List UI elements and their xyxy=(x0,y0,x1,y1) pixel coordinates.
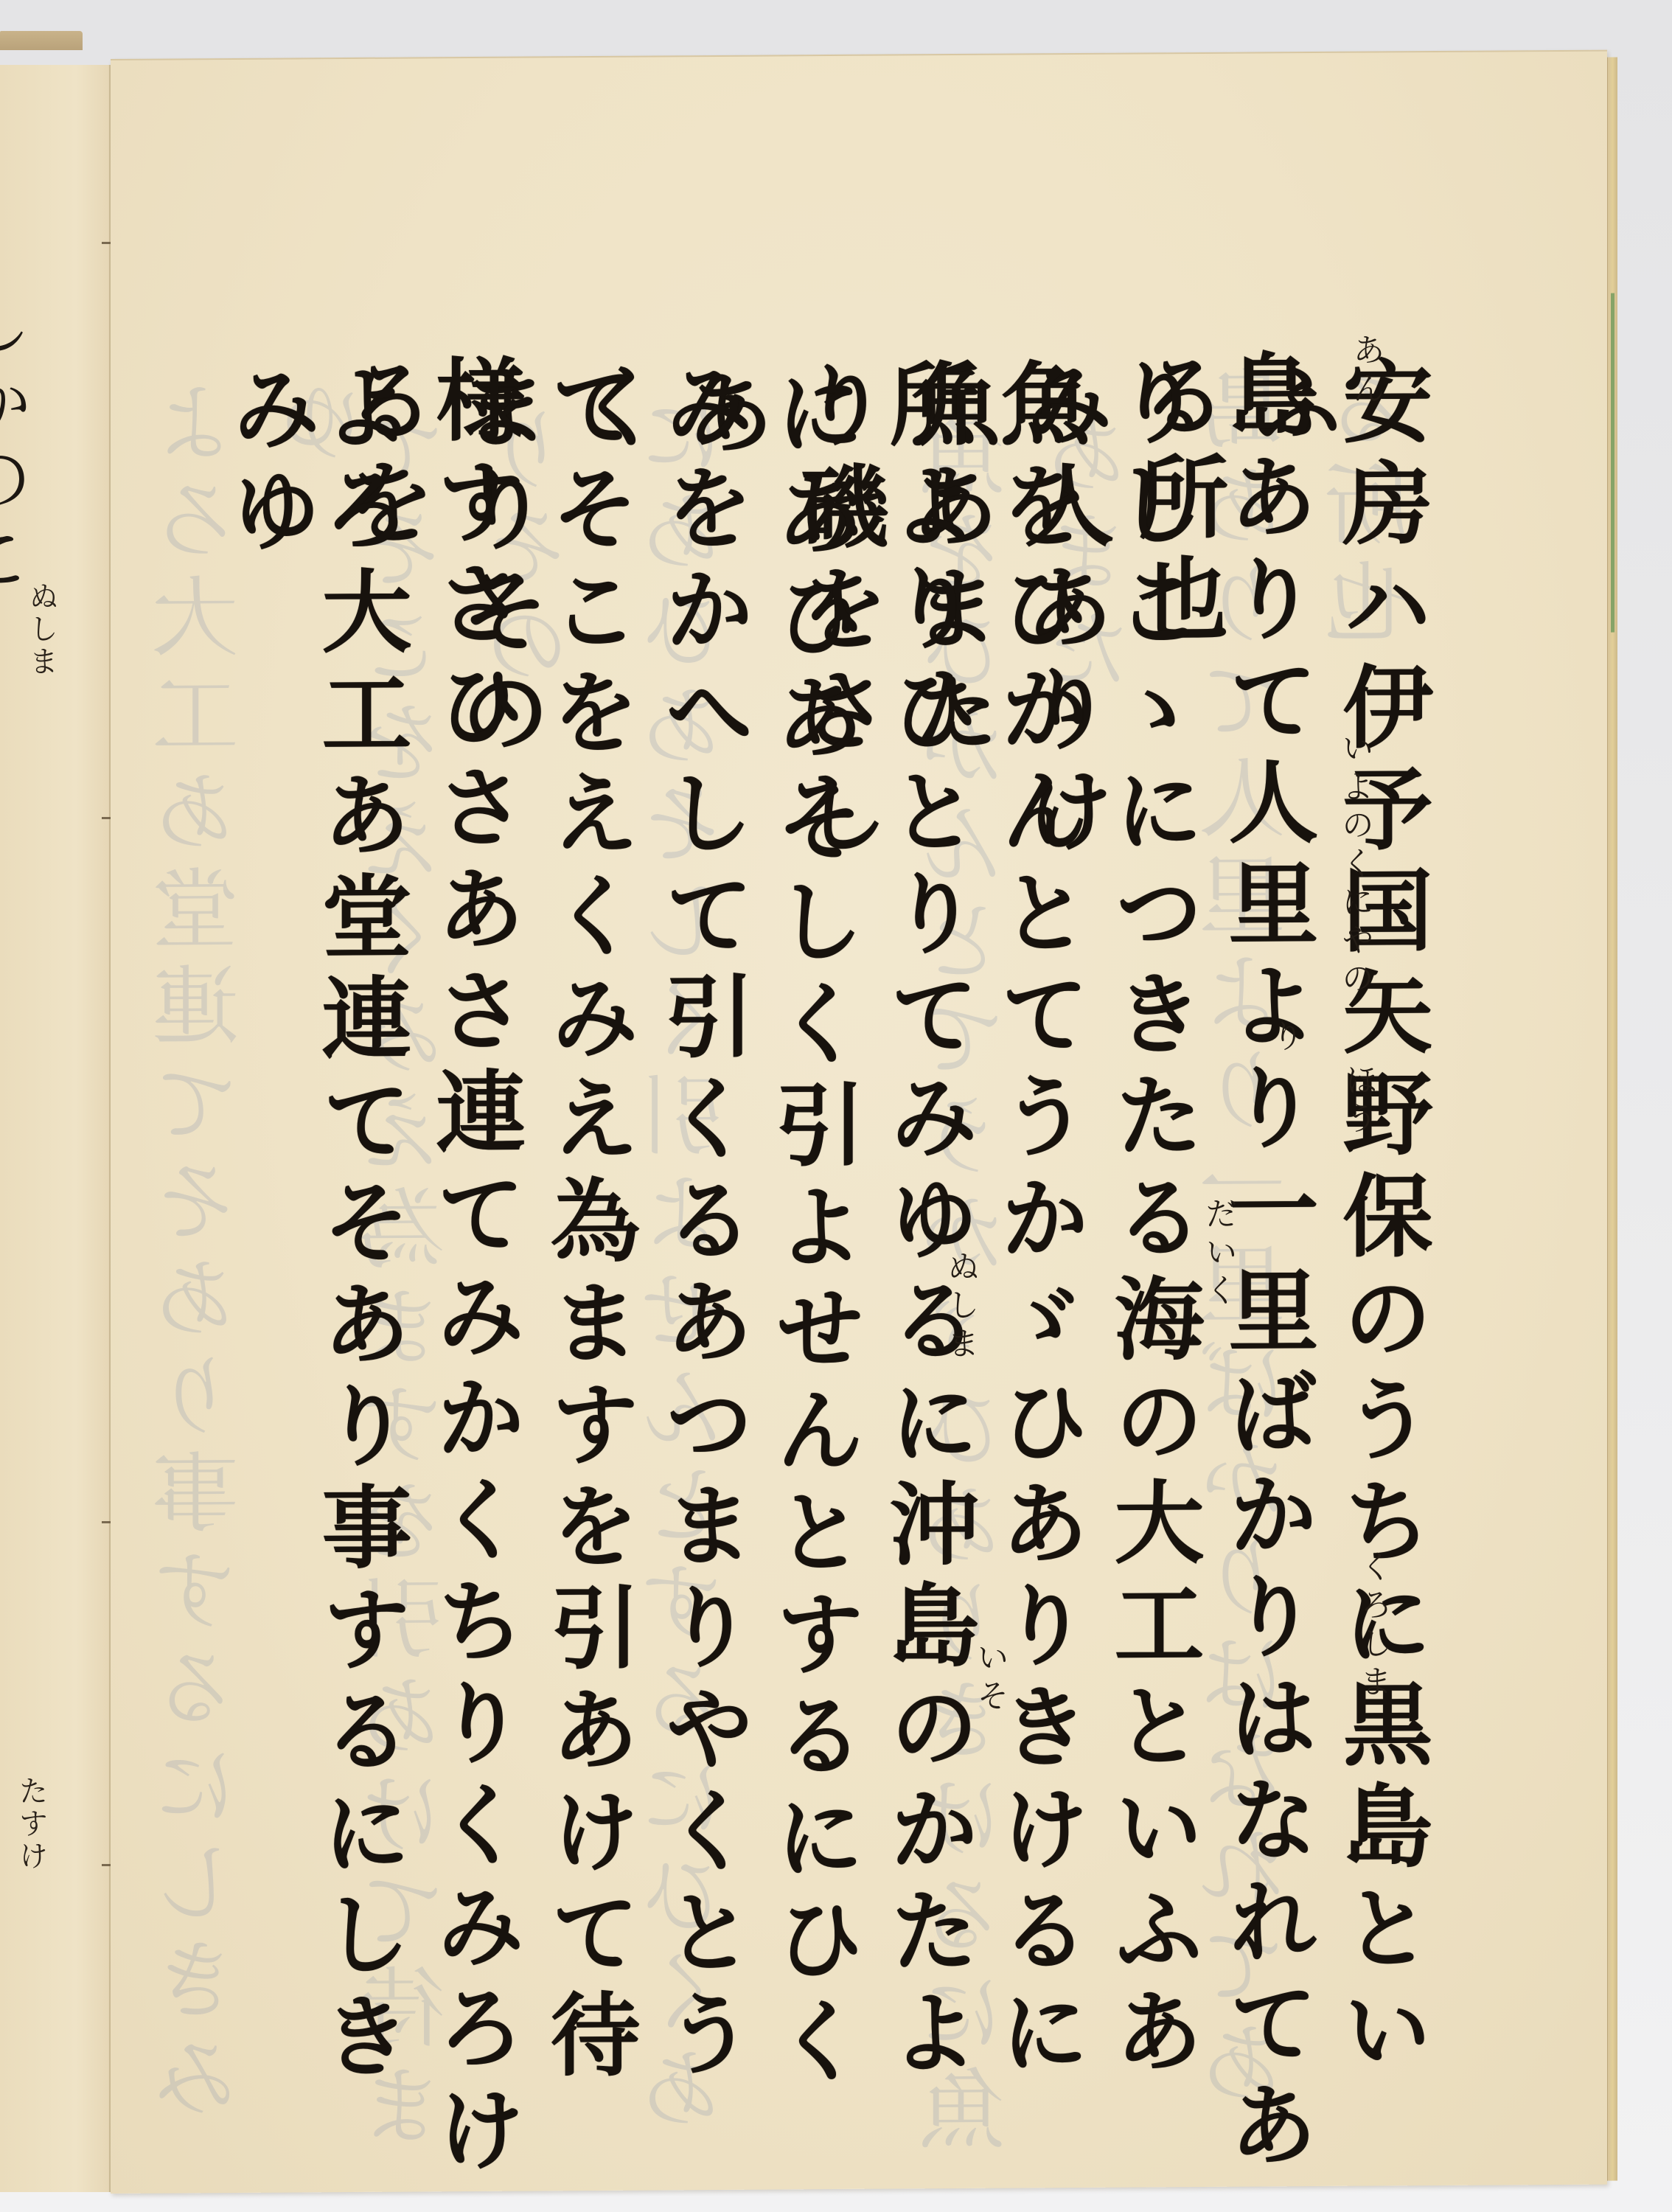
furigana-iso: いそ xyxy=(973,1641,1006,1717)
left-page-furigana: たすけ xyxy=(10,1775,52,1873)
cover-tab xyxy=(0,31,83,50)
furigana-ri: り xyxy=(1268,1019,1300,1057)
furigana-kuroshima: くろしま xyxy=(1356,1549,1389,1703)
left-page-furigana: ぬしま xyxy=(21,581,63,678)
cover-edge xyxy=(1607,58,1617,2181)
book-spread-photo: しかのこ ぬしま たすけ 島ありて人里より一里ばかりはなれてある所也 魚をひかん… xyxy=(0,0,1672,2212)
furigana-nushima: ぬしま xyxy=(944,1250,976,1365)
furigana-daiku: だいく xyxy=(1202,1197,1234,1312)
left-page-column: しかのこ xyxy=(0,286,29,599)
furigana-hou: ほう xyxy=(1342,1063,1374,1140)
main-page: 島ありて人里より一里ばかりはなれてある所也 魚をひかんとてうかゞひありきけるに魚… xyxy=(111,50,1607,2194)
left-page: しかのこ ぬしま たすけ xyxy=(0,65,111,2192)
furigana-iyonokuniyano: いよのくにやの xyxy=(1338,731,1370,1000)
furigana-an: あん xyxy=(1349,333,1382,409)
text-column-10: よろ大工あ堂連てそあり事するにしきみゆ xyxy=(225,361,405,2193)
